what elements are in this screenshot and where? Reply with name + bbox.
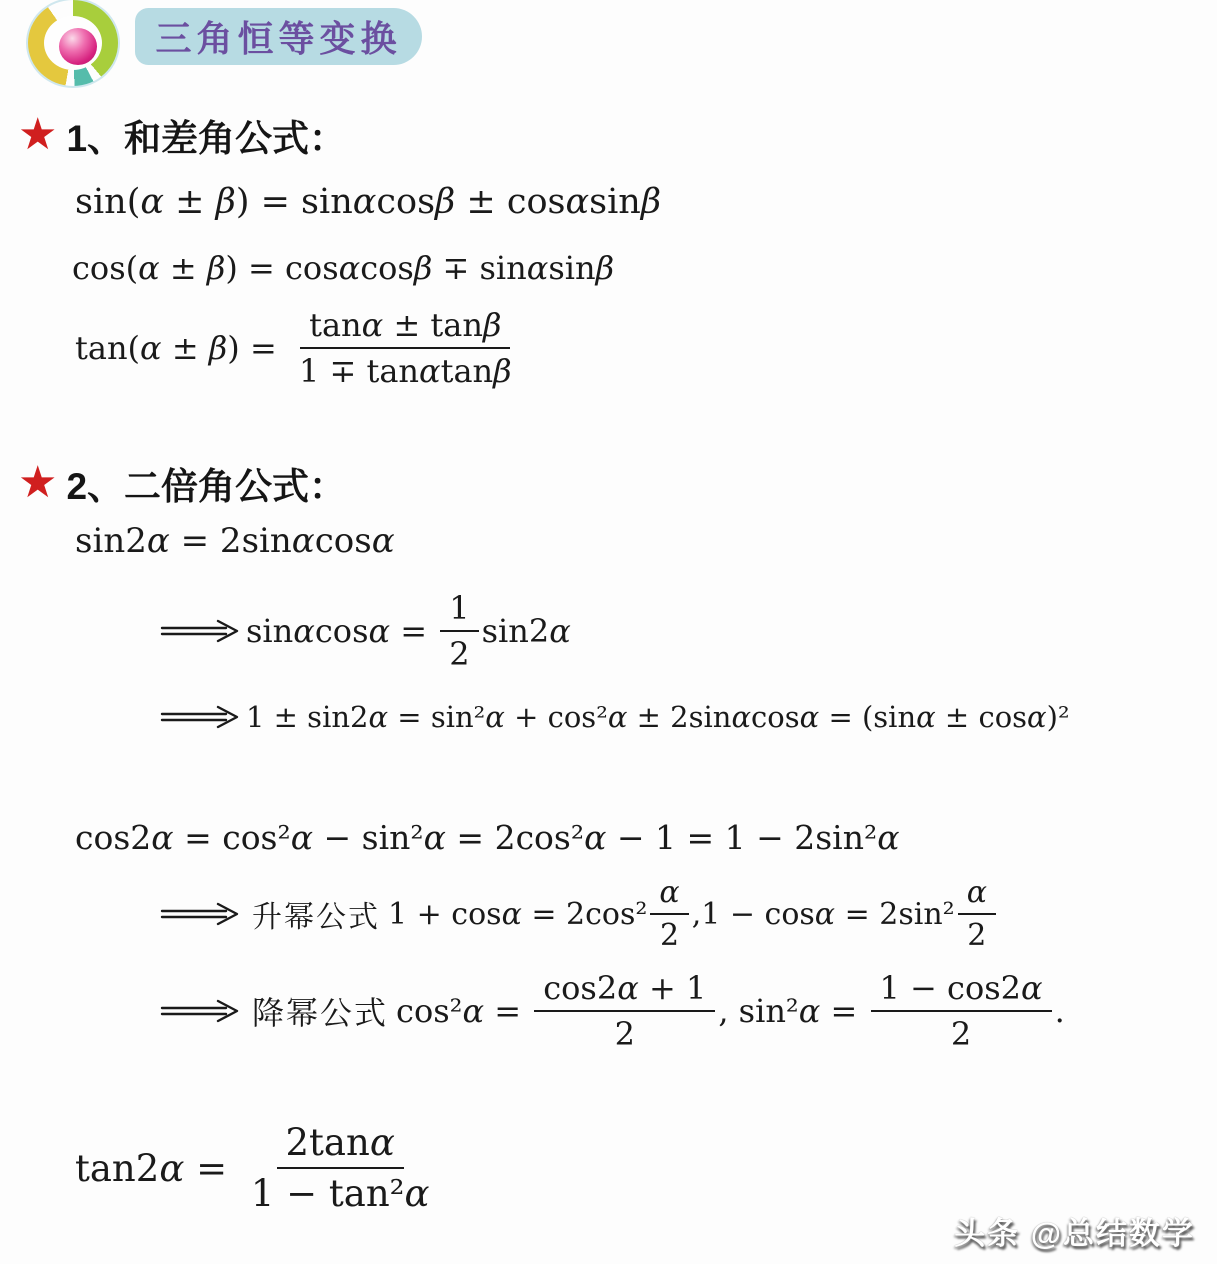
greek-letter: α — [502, 897, 522, 932]
math-text: cos(α ± β) = cosαcosβ ∓ sinαsinβ — [72, 249, 614, 287]
greek-letter: α — [967, 875, 987, 910]
fraction-numerator: α — [650, 874, 688, 915]
formula-one-plusminus: 1 ± sin2α = sin²α + cos²α ± 2sinαcosα = … — [160, 700, 1070, 734]
greek-letter: α — [608, 700, 628, 734]
math-text: tan(α ± β) = — [75, 329, 287, 367]
math-text: sin2α — [482, 612, 571, 650]
page-title: 三角恒等变换 — [155, 11, 401, 62]
fraction: α2 — [958, 874, 996, 954]
formula-tan-sum: tan(α ± β) = tanα ± tanβ1 ∓ tanαtanβ — [75, 305, 524, 391]
fraction: 1 − cos2α2 — [871, 968, 1052, 1054]
greek-letter: β — [493, 352, 512, 390]
fraction: 12 — [440, 588, 478, 674]
math-text: sin(α ± β) = sinαcosβ ± cosαsinβ — [75, 182, 661, 222]
fraction-numerator: α — [958, 874, 996, 915]
math-text: ,1 − cosα = 2sin² — [692, 897, 955, 932]
formula-sin-double: sin2α = 2sinαcosα — [75, 521, 395, 561]
implies-arrow-icon — [160, 704, 242, 730]
formula-chinese-label: 升幂公式 — [252, 892, 380, 936]
greek-letter: α — [419, 352, 441, 390]
greek-letter: α — [405, 1172, 430, 1215]
math-notes-page: 三角恒等变换 ★ 1、和差角公式： sin(α ± β) = sinαcosβ … — [0, 0, 1217, 1264]
math-text: . — [1055, 992, 1065, 1030]
greek-letter: α — [368, 612, 390, 650]
formula-chinese-label: 降幂公式 — [252, 988, 388, 1034]
greek-letter: α — [138, 249, 160, 287]
greek-letter: α — [339, 249, 361, 287]
greek-letter: α — [485, 700, 505, 734]
greek-letter: α — [368, 700, 388, 734]
greek-letter: β — [414, 249, 433, 287]
greek-letter: α — [800, 700, 820, 734]
fraction: 2tanα1 − tan²α — [242, 1120, 439, 1216]
greek-letter: α — [140, 182, 164, 222]
math-text: 1 + cosα = 2cos² — [388, 897, 647, 932]
formula-cos-double: cos2α = cos²α − sin²α = 2cos²α − 1 = 1 −… — [75, 818, 900, 857]
pink-ball-icon — [59, 28, 97, 65]
formula-tan-double: tan2α = 2tanα1 − tan²α — [75, 1120, 442, 1216]
formula-sinacosa-half: sinαcosα = 12sin2α — [160, 588, 571, 674]
greek-letter: α — [799, 992, 821, 1030]
implies-arrow-icon — [160, 618, 242, 644]
greek-letter: α — [877, 818, 899, 857]
greek-letter: α — [147, 521, 170, 561]
math-text: cos2α = cos²α − sin²α = 2cos²α − 1 = 1 −… — [75, 818, 900, 857]
greek-letter: α — [372, 521, 395, 561]
greek-letter: α — [291, 818, 313, 857]
math-text: tan2α = — [75, 1147, 239, 1190]
greek-letter: β — [209, 329, 228, 367]
greek-letter: α — [1021, 969, 1043, 1007]
fraction-denominator: 1 ∓ tanαtanβ — [290, 349, 521, 391]
formula-sin-sum: sin(α ± β) = sinαcosβ ± cosαsinβ — [75, 182, 661, 222]
greek-letter: α — [527, 249, 549, 287]
brand-ring-icon — [26, 0, 120, 88]
star-icon: ★ — [18, 113, 57, 157]
fraction-denominator: 2 — [958, 915, 995, 954]
math-text: 1 ± sin2α = sin²α + cos²α ± 2sinαcosα = … — [246, 700, 1070, 734]
fraction: cos2α + 12 — [534, 968, 715, 1054]
greek-letter: β — [596, 249, 615, 287]
fraction-numerator: 1 − cos2α — [871, 968, 1052, 1012]
fraction: tanα ± tanβ1 ∓ tanαtanβ — [290, 305, 521, 391]
greek-letter: α — [424, 818, 446, 857]
greek-letter: α — [293, 612, 315, 650]
formula-power-raising: 升幂公式1 + cosα = 2cos²α2,1 − cosα = 2sin²α… — [160, 874, 999, 954]
greek-letter: α — [159, 1147, 184, 1190]
fraction-denominator: 2 — [440, 632, 478, 674]
math-text: , sin²α = — [718, 992, 867, 1030]
star-icon: ★ — [18, 461, 57, 505]
math-text: cos²α = — [396, 992, 531, 1030]
greek-letter: α — [362, 306, 384, 344]
greek-letter: β — [435, 182, 455, 222]
formula-cos-sum: cos(α ± β) = cosαcosβ ∓ sinαsinβ — [72, 249, 614, 287]
greek-letter: α — [140, 329, 162, 367]
fraction-denominator: 2 — [651, 915, 688, 954]
fraction-denominator: 1 − tan²α — [242, 1169, 439, 1216]
greek-letter: α — [659, 875, 679, 910]
greek-letter: α — [565, 182, 589, 222]
greek-letter: α — [584, 818, 606, 857]
greek-letter: α — [1027, 700, 1047, 734]
greek-letter: α — [916, 700, 936, 734]
fraction-numerator: 2tanα — [277, 1120, 404, 1169]
greek-letter: α — [462, 992, 484, 1030]
section-2-heading: ★ 2、二倍角公式： — [18, 456, 346, 510]
watermark: 头条 @总结数学 — [954, 1208, 1195, 1253]
section-2-title: 2、二倍角公式： — [66, 456, 346, 510]
implies-arrow-icon — [160, 998, 242, 1024]
section-1-heading: ★ 1、和差角公式： — [18, 108, 346, 162]
greek-letter: α — [617, 969, 639, 1007]
greek-letter: α — [370, 1121, 395, 1164]
greek-letter: α — [292, 521, 315, 561]
fraction-denominator: 2 — [606, 1012, 644, 1054]
implies-arrow-icon — [160, 901, 242, 927]
fraction-numerator: cos2α + 1 — [534, 968, 715, 1012]
greek-letter: β — [216, 182, 236, 222]
greek-letter: α — [731, 700, 751, 734]
greek-letter: α — [815, 897, 835, 932]
fraction-denominator: 2 — [942, 1012, 980, 1054]
greek-letter: α — [549, 612, 571, 650]
math-text: sinαcosα = — [246, 612, 437, 650]
greek-letter: α — [151, 818, 173, 857]
greek-letter: α — [353, 182, 377, 222]
math-text: sin2α = 2sinαcosα — [75, 521, 395, 561]
fraction-numerator: 1 — [440, 588, 478, 632]
greek-letter: β — [641, 182, 661, 222]
section-1-title: 1、和差角公式： — [66, 108, 346, 162]
fraction-numerator: tanα ± tanβ — [300, 305, 510, 349]
title-banner: 三角恒等变换 — [135, 8, 422, 65]
formula-power-lowering: 降幂公式cos²α = cos2α + 12, sin²α = 1 − cos2… — [160, 968, 1065, 1054]
greek-letter: β — [207, 249, 226, 287]
fraction: α2 — [650, 874, 688, 954]
greek-letter: β — [483, 306, 502, 344]
